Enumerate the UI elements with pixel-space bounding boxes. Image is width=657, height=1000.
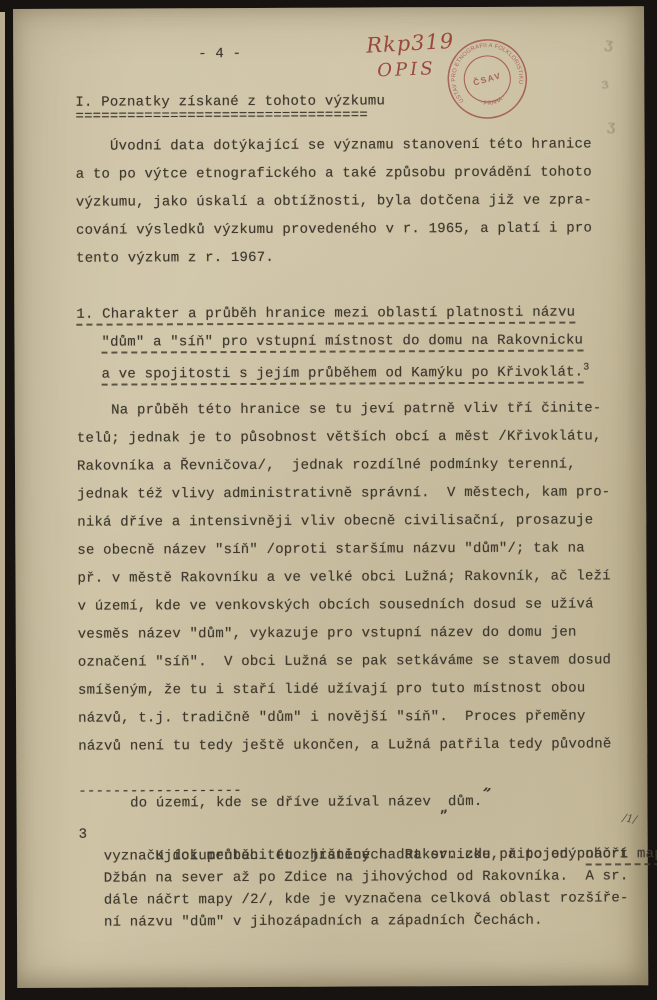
handwritten-close-quote: ” <box>480 779 493 808</box>
footnote-reference: 3 <box>583 362 589 373</box>
document-page: - 4 - Rkp319 OPIS ÚSTAV PRO ETNOGRAFII A… <box>13 6 648 988</box>
paragraph-main: Na průběh této hranice se tu jeví patrně… <box>77 394 639 760</box>
handwritten-map-reference: /1/ <box>622 811 638 826</box>
text-line: názvů, t.j. tradičně "dům" i novější "sí… <box>78 702 638 732</box>
stamp-center-text: ČSAV <box>472 69 503 87</box>
handwritten-opis-label: OPIS <box>377 58 436 81</box>
text-line: telů; jednak je to působnost větších obc… <box>77 422 637 452</box>
text-line: v území, kde ve venkovských obcích souse… <box>78 590 638 620</box>
section-heading: 1. Charakter a průběh hranice mezi oblas… <box>76 298 636 384</box>
svg-text:· PRAHA ·: · PRAHA · <box>478 93 508 110</box>
footnote-body: vyznačující průběh této hranice na Rakov… <box>104 843 644 933</box>
text-line: Rakovníka a Řevničova/, jednak rozdílné … <box>77 450 637 480</box>
footnote-separator: ------------------- <box>78 784 241 799</box>
text-line: ní názvu "dům" v jihozápadních a západní… <box>104 909 644 933</box>
faint-pencil-mark: ʒ <box>604 36 615 53</box>
text-line: smíšeným, že tu i staří lidé užívají pro… <box>78 674 638 704</box>
page-number: - 4 - <box>198 47 241 61</box>
text-line: Úvodní data dotýkající se významu stanov… <box>76 130 621 160</box>
text-line: niká dříve a intensivněji vliv obecně ci… <box>77 506 637 536</box>
stamp-bottom-text: · PRAHA · <box>478 93 508 110</box>
faint-pencil-mark: ɜ <box>600 76 609 93</box>
text-line: tento výzkum z r. 1967. <box>76 242 621 272</box>
text-line: dále náčrt mapy /2/, kde je vyznačena ce… <box>104 887 644 911</box>
text-line: výzkumu, jako úskalí a obtížnosti, byla … <box>76 186 621 216</box>
text-line: označení "síň". V obci Lužná se pak setk… <box>78 646 638 676</box>
main-heading-underline: ================================== <box>75 108 368 123</box>
section-heading-line: a ve spojitosti s jejím průběhem od Kamý… <box>77 354 637 384</box>
text-line: cování výsledků výzkumu provedeného v r.… <box>76 214 621 244</box>
text-line: vesměs název "dům", vykazuje pro vstupní… <box>78 618 638 648</box>
document-scan: - 4 - Rkp319 OPIS ÚSTAV PRO ETNOGRAFII A… <box>0 0 657 1000</box>
text-line: vyznačující průběh této hranice na Rakov… <box>104 843 644 867</box>
previous-page-edge <box>0 12 5 1000</box>
text-line: př. v městě Rakovníku a ve velké obci Lu… <box>77 562 637 592</box>
paragraph-intro: Úvodní data dotýkající se významu stanov… <box>76 130 622 272</box>
text-line: Džbán na sever až po Zdice na jihovýchod… <box>104 865 644 889</box>
footnote-marker: 3 <box>79 824 88 846</box>
text-line: jednak též vlivy administrativně správní… <box>77 478 637 508</box>
text-line: a to po výtce etnografického a také způs… <box>76 158 621 188</box>
text-line: Na průběh této hranice se tu jeví patrně… <box>77 394 637 424</box>
footnote-line-1: K dokumentaci tu zjištěných dat sr. zde … <box>104 821 657 846</box>
text-line: názvů není tu tedy ještě ukončen, a Lužn… <box>78 730 638 760</box>
svg-text:ÚSTAV PRO ETNOGRAFII A FOLKLOR: ÚSTAV PRO ETNOGRAFII A FOLKLORISTIKU <box>443 35 527 105</box>
line-text: dům. <box>448 794 482 810</box>
text-line: se obecně název "síň" /oproti staršímu n… <box>77 534 637 564</box>
section-heading-line: 1. Charakter a průběh hranice mezi oblas… <box>76 298 636 328</box>
section-heading-line: "dům" a "síň" pro vstupní místnost do do… <box>76 326 636 356</box>
stamp-ring-text: ÚSTAV PRO ETNOGRAFII A FOLKLORISTIKU <box>443 35 527 105</box>
